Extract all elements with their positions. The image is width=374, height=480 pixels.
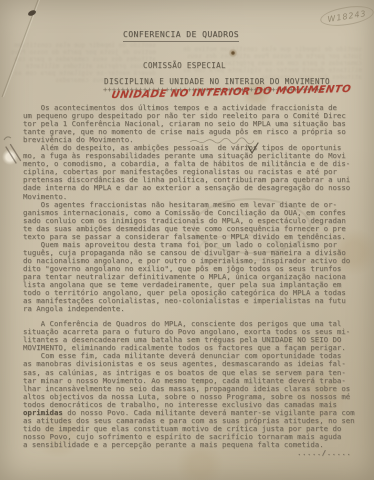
paragraph: Quem mais aproveitou desta trama foi por… [23,241,363,313]
document-page: sentido de impedir que elas constituam m… [0,0,374,480]
body-line: dade interna do MPLA e dar ao exterior a… [23,184,363,192]
archive-number-annotation: W18243 [319,3,374,29]
paragraph: A Conferência de Quadros do MPLA, consci… [23,320,363,352]
margin-curl-mark [4,137,11,140]
paragraph: Com esse fim, cada militante deverá denu… [23,352,363,449]
archive-number-text: W18243 [327,8,367,23]
document-body: Os acontecimentos dos últimos tempos e a… [23,104,363,449]
conference-title: CONFERENCIA DE QUADROS [123,29,239,42]
corner-fold-highlight [4,0,40,97]
ink-blob [27,9,37,17]
commission-subtitle: COMISSÃO ESPECIAL [143,61,226,70]
margin-slash-marks [6,145,21,164]
paragraph: Além do despeito, as ambições pessoais d… [23,144,363,200]
body-line: ra Angola independente. [23,305,363,313]
continuation-mark: ...../..... [297,448,351,457]
corner-fold-line [2,0,38,97]
paragraph: Os agentes fraccionistas não hesitaram m… [23,201,363,241]
paragraph: Os acontecimentos dos últimos tempos e a… [23,104,363,144]
